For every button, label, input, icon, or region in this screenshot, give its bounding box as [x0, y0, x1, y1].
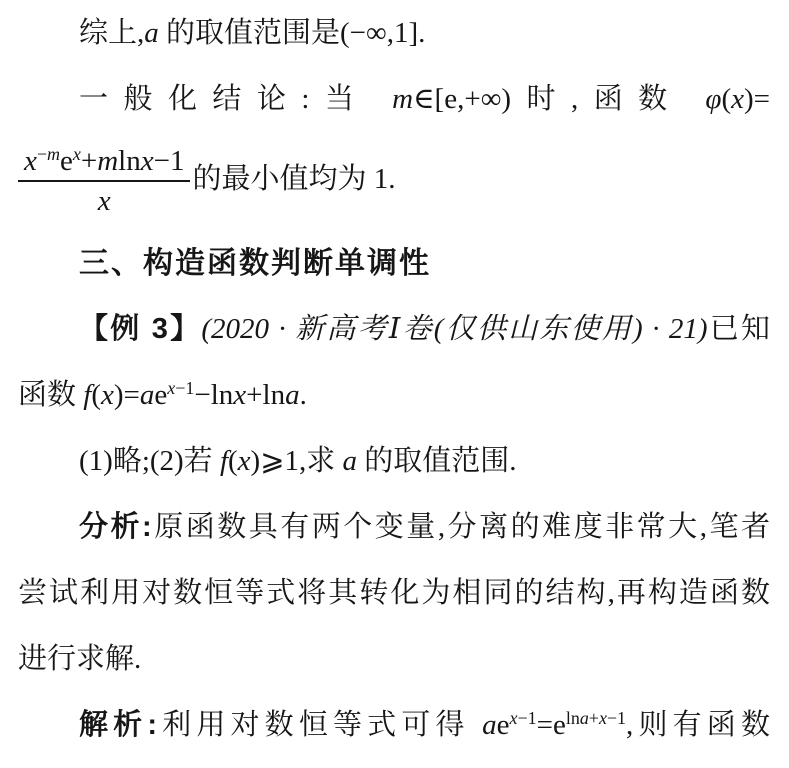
text-segment: 原函数具有两个变量,分离的难度非常大,笔者: [152, 511, 770, 543]
math-variable: a: [144, 17, 159, 49]
analysis-line-2: 尝试利用对数恒等式将其转化为相同的结构,再构造函数: [18, 573, 770, 614]
text-segment: 进行求解.: [18, 643, 141, 675]
text-segment: (: [228, 445, 238, 477]
math-variable: φ: [705, 83, 721, 115]
text-segment: .: [300, 379, 307, 411]
math-variable: m: [97, 145, 118, 177]
text-segment: 的最小值均为 1.: [192, 163, 395, 195]
math-variable: a: [285, 379, 300, 411]
text-segment: 的取值范围是(−∞,1].: [159, 17, 426, 49]
analysis-line-3: 进行求解.: [18, 639, 770, 680]
text-segment: )⩾1,求: [251, 445, 343, 477]
math-variable: x: [599, 708, 607, 728]
solution-line: 解析:利用对数恒等式可得 aex−1=elna+x−1,则有函数: [18, 705, 770, 746]
math-variable: a: [140, 379, 155, 411]
text-segment: )=: [114, 379, 140, 411]
text-segment: =: [537, 709, 553, 741]
analysis-line-1: 分析:原函数具有两个变量,分离的难度非常大,笔者: [18, 507, 770, 548]
text-segment: 尝试利用对数恒等式将其转化为相同的结构,再构造函数: [18, 577, 770, 609]
math-variable: x: [101, 379, 114, 411]
text-segment: 利用对数恒等式可得: [157, 709, 482, 741]
text-segment: (: [91, 379, 101, 411]
superscript: −m: [37, 144, 60, 164]
math-variable: m: [392, 83, 413, 115]
text-segment: −1: [517, 708, 536, 728]
text-segment: −1: [607, 708, 626, 728]
summary-line: 综上,a 的取值范围是(−∞,1].: [18, 13, 770, 54]
text-segment: e: [154, 379, 167, 411]
text-segment: e: [553, 709, 566, 741]
text-segment: +ln: [246, 379, 285, 411]
math-variable: x: [98, 185, 111, 217]
text-segment: ∈[e,+∞)时,函数: [413, 83, 705, 115]
math-variable: x: [24, 145, 37, 177]
text-segment: e: [497, 709, 510, 741]
bold-label: 分析:: [79, 511, 152, 543]
text-segment: (: [721, 83, 731, 115]
text-segment: −ln: [194, 379, 233, 411]
math-variable: a: [343, 445, 358, 477]
math-variable: a: [580, 708, 589, 728]
math-variable: x: [731, 83, 744, 115]
superscript: x−1: [167, 378, 194, 398]
text-segment: 的取值范围.: [357, 445, 517, 477]
math-variable: x: [141, 145, 154, 177]
superscript: x: [73, 144, 81, 164]
text-segment: ln: [118, 145, 141, 177]
math-variable: x: [73, 144, 81, 164]
text-segment: ln: [566, 708, 580, 728]
math-variable: x: [238, 445, 251, 477]
minimum-value-line: x−mex+mlnx−1x的最小值均为 1.: [18, 145, 770, 218]
citation-text: (2020 · 新高考Ⅰ卷(仅供山东使用) · 21): [201, 313, 707, 345]
example-3-line: 【例 3】(2020 · 新高考Ⅰ卷(仅供山东使用) · 21)已知: [18, 309, 770, 350]
text-segment: 一般化结论:当: [79, 83, 392, 115]
text-segment: −1: [175, 378, 194, 398]
superscript: x−1: [509, 708, 536, 728]
text-segment: +: [589, 708, 599, 728]
function-definition-line: 函数 f(x)=aex−1−lnx+lna.: [18, 375, 770, 416]
math-variable: a: [482, 709, 497, 741]
bold-label: 解析:: [79, 709, 157, 741]
question-line: (1)略;(2)若 f(x)⩾1,求 a 的取值范围.: [18, 441, 770, 482]
math-variable: x: [233, 379, 246, 411]
text-segment: 三、构造函数判断单调性: [79, 247, 431, 280]
text-segment: ,则有函数: [626, 709, 770, 741]
document-page: 综上,a 的取值范围是(−∞,1].一般化结论:当 m∈[e,+∞)时,函数 φ…: [0, 0, 789, 746]
text-segment: e: [60, 145, 73, 177]
text-segment: −1: [154, 145, 185, 177]
fraction-denominator: x: [18, 182, 190, 217]
text-segment: )=: [744, 83, 770, 115]
text-segment: +: [81, 145, 97, 177]
bold-label: 【例 3】: [79, 313, 201, 345]
fraction-numerator: x−mex+mlnx−1: [18, 145, 190, 182]
text-segment: 综上,: [79, 17, 144, 49]
math-variable: m: [47, 144, 60, 164]
math-variable: f: [220, 445, 228, 477]
generalization-line: 一般化结论:当 m∈[e,+∞)时,函数 φ(x)=: [18, 79, 770, 120]
text-segment: −: [37, 144, 47, 164]
section-heading: 三、构造函数判断单调性: [18, 243, 770, 284]
text-segment: (1)略;(2)若: [79, 445, 220, 477]
superscript: lna+x−1: [566, 708, 626, 728]
text-segment: 函数: [18, 379, 83, 411]
fraction: x−mex+mlnx−1x: [18, 145, 190, 218]
text-segment: 已知: [708, 313, 770, 345]
